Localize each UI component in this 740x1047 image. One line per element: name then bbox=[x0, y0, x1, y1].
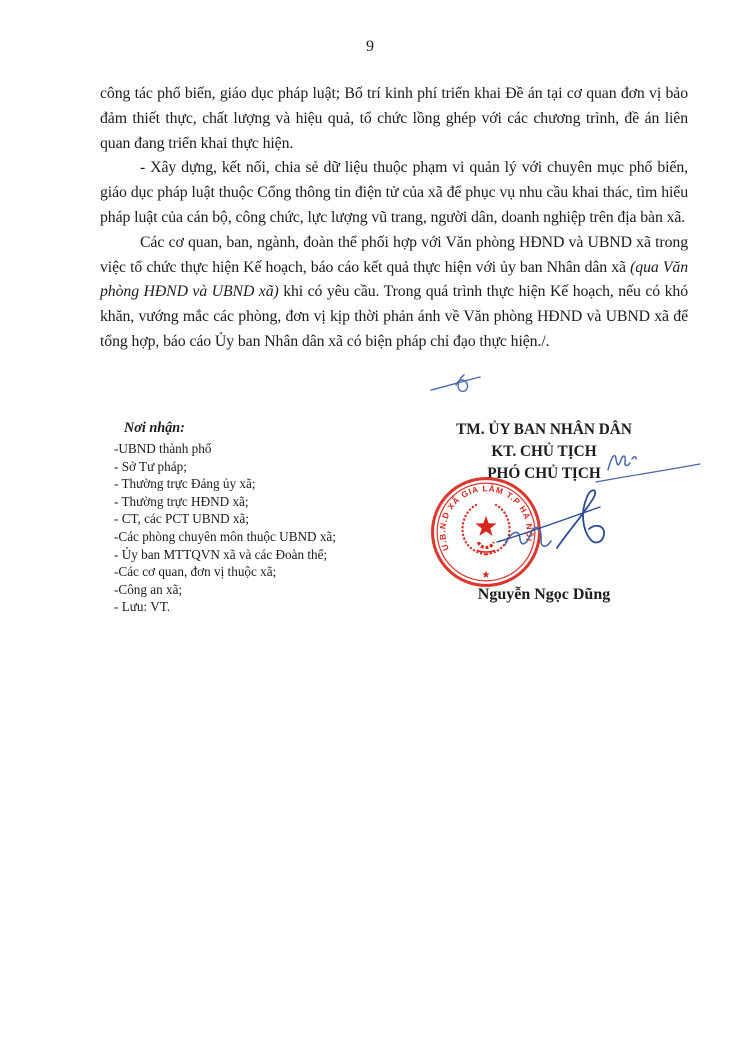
paragraph-3-text: Các cơ quan, ban, ngành, đoàn thể phối h… bbox=[100, 234, 688, 276]
recipient-item: -Công an xã; bbox=[114, 581, 404, 599]
recipients-block: Nơi nhận: -UBND thành phố - Sở Tư pháp; … bbox=[114, 420, 404, 616]
recipient-item: - Lưu: VT. bbox=[114, 598, 404, 616]
paragraph-2: - Xây dựng, kết nối, chia sẻ dữ liệu thu… bbox=[100, 156, 688, 230]
handwritten-paraph-icon bbox=[428, 370, 484, 398]
handwritten-signature bbox=[495, 485, 625, 560]
recipient-item: -UBND thành phố bbox=[114, 440, 404, 458]
recipient-item: - Ủy ban MTTQVN xã và các Đoàn thể; bbox=[114, 546, 404, 564]
document-body: công tác phổ biến, giáo dục pháp luật; B… bbox=[100, 82, 688, 355]
recipient-item: - Thường trực HĐND xã; bbox=[114, 493, 404, 511]
recipients-label: Nơi nhận: bbox=[124, 420, 404, 437]
recipient-item: - CT, các PCT UBND xã; bbox=[114, 510, 404, 528]
signer-name: Nguyễn Ngọc Dũng bbox=[420, 586, 668, 604]
recipient-item: -Các phòng chuyên môn thuộc UBND xã; bbox=[114, 528, 404, 546]
page-number: 9 bbox=[0, 38, 740, 56]
paragraph-1: công tác phổ biến, giáo dục pháp luật; B… bbox=[100, 82, 688, 156]
handwritten-initials-icon bbox=[592, 446, 704, 484]
recipient-item: -Các cơ quan, đơn vị thuộc xã; bbox=[114, 563, 404, 581]
seal-bottom-star-icon: ★ bbox=[481, 570, 490, 581]
recipient-item: - Sở Tư pháp; bbox=[114, 458, 404, 476]
paragraph-3: Các cơ quan, ban, ngành, đoàn thể phối h… bbox=[100, 231, 688, 355]
signing-authority-line: TM. ỦY BAN NHÂN DÂN bbox=[420, 419, 668, 441]
recipient-item: - Thường trực Đảng ủy xã; bbox=[114, 475, 404, 493]
document-page: 9 công tác phổ biến, giáo dục pháp luật;… bbox=[0, 0, 740, 1047]
